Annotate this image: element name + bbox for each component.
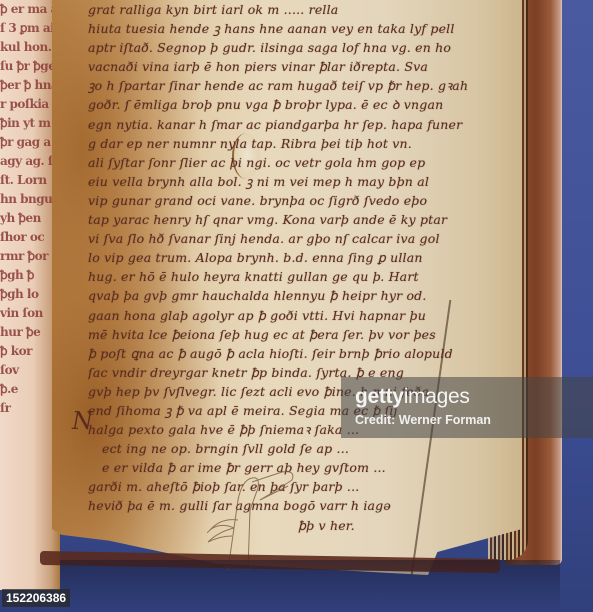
ms-line: ali ſyſtar ſonr ſlier ac þi ngi. oc vetr… (88, 153, 468, 172)
ms-line: tap yarac henry hſ qnar vmg. Kona varþ a… (88, 210, 468, 229)
ms-line: eiu vella brynh alla bol. ꝫ ni m vei mep… (88, 172, 468, 191)
ms-line: gaan hona glaþ agolyr ap ꝥ goði vtti. Hv… (88, 306, 468, 325)
ms-line: goðr. ſ ēmliga broþ pnu vga ꝥ broþr lypa… (88, 95, 468, 114)
getty-logo: gettyimages (355, 385, 470, 409)
ms-line: grat ralliga kyn birt iarl ok m ..... re… (88, 0, 468, 19)
ms-line: qvaþ þa gvþ gmr hauchalda hlennyu ꝥ heip… (88, 286, 468, 305)
left-page-text: ꝥ er ma āſ 3 ꝑm aipkul hon. ſiſu ꝥr ꝥgeꝥ… (0, 0, 52, 590)
ms-line: vacnaði vina iarþ ē hon piers vinar ꝥlar… (88, 57, 468, 76)
ms-line: mē hvita lce ꝥeiona ſeþ hug ec at ꝥera ſ… (88, 325, 468, 344)
left-page: ꝥ er ma āſ 3 ꝑm aipkul hon. ſiſu ꝥr ꝥgeꝥ… (0, 0, 60, 590)
getty-watermark: gettyimages Credit: Werner Forman (341, 377, 593, 438)
ms-line: aptr iſtað. Segnop þ gudr. ilsinga saga … (88, 38, 468, 57)
ms-line: hiuta tuesia hende ꝫ hans hne aanan vey … (88, 19, 468, 38)
book-shadow (60, 560, 560, 612)
ms-line: lo vip gea trum. Alopa brynh. b.d. enna … (88, 248, 468, 267)
ms-line: ꝥ poſt ꝗna ac ꝥ augō ꝥ acla hioſti. ſeir… (88, 344, 468, 363)
initial-letter: N (72, 407, 93, 435)
ms-line: ꝫo h ſpartar ſinar hende ac ram hugað te… (88, 76, 468, 95)
manuscript-text: grat ralliga kyn birt iarl ok m ..... re… (88, 0, 468, 535)
manuscript-photo: ꝥ er ma āſ 3 ꝑm aipkul hon. ſiſu ꝥr ꝥgeꝥ… (0, 0, 593, 612)
ms-line: vip gunar grand oci vane. brynþa oc ſigr… (88, 191, 468, 210)
ms-line: ect ing ne op. brngin ſvll gold ſe ap ..… (88, 439, 468, 458)
ms-line: g dar ep ner numnr nyla tap. Ribra þei t… (88, 134, 468, 153)
ms-line: hug. er hō ē hulo heyra knatti gullan ge… (88, 267, 468, 286)
photo-credit: Credit: Werner Forman (355, 413, 491, 427)
image-id-badge: 152206386 (2, 589, 70, 607)
ms-line: egn nytia. kanar h ſmar ac piandgarþa hr… (88, 115, 468, 134)
ms-line: vi ſva ſlo hð ſvanar ſinj henda. ar gþo … (88, 229, 468, 248)
